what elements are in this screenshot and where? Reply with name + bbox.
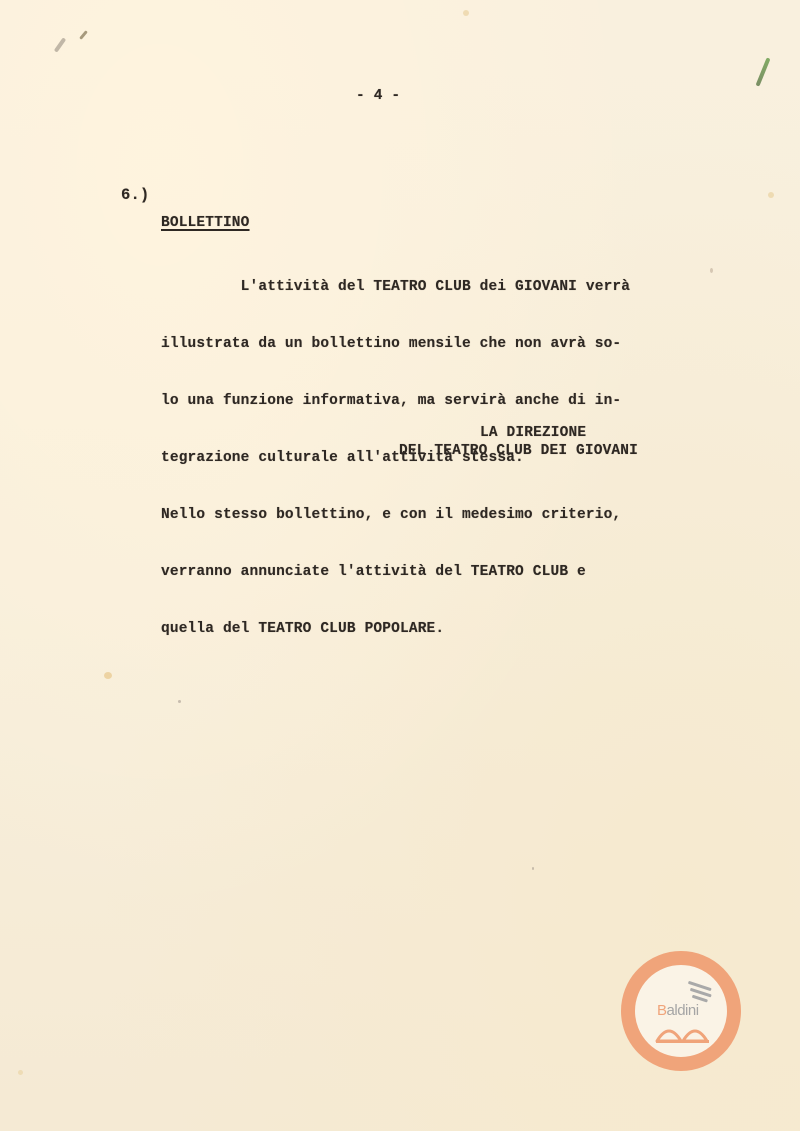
paragraph-line: lo una funzione informativa, ma servirà … — [161, 392, 630, 411]
paragraph-line: quella del TEATRO CLUB POPOLARE. — [161, 620, 630, 639]
page-number: - 4 - — [356, 88, 400, 104]
signature-line-1: LA DIREZIONE — [480, 424, 586, 442]
paper-stain — [768, 192, 774, 198]
paragraph-line: L'attività del TEATRO CLUB dei GIOVANI v… — [161, 278, 630, 297]
document-page: - 4 - 6.) BOLLETTINO L'attività del TEAT… — [0, 0, 800, 1131]
paragraph-line: illustrata da un bollettino mensile che … — [161, 335, 630, 354]
paper-stain — [463, 10, 469, 16]
pen-mark — [756, 57, 771, 86]
paragraph-line: verranno annunciate l'attività del TEATR… — [161, 563, 630, 582]
section-number: 6.) — [121, 186, 149, 204]
section-title: BOLLETTINO — [161, 215, 250, 231]
twin-arches-book-icon — [655, 1021, 711, 1043]
paper-mark — [54, 37, 66, 52]
paper-mark — [79, 30, 88, 40]
paper-stain — [710, 268, 713, 273]
library-watermark-logo: Baldini — [621, 951, 741, 1071]
signature-line-2: DEL TEATRO CLUB DEI GIOVANI — [399, 442, 638, 460]
paragraph-line: Nello stesso bollettino, e con il medesi… — [161, 506, 630, 525]
paper-stain — [532, 867, 534, 870]
paper-stain — [178, 700, 181, 703]
paper-stain — [18, 1070, 23, 1075]
logo-wordmark: Baldini — [657, 1002, 699, 1019]
paper-stain — [104, 672, 112, 679]
